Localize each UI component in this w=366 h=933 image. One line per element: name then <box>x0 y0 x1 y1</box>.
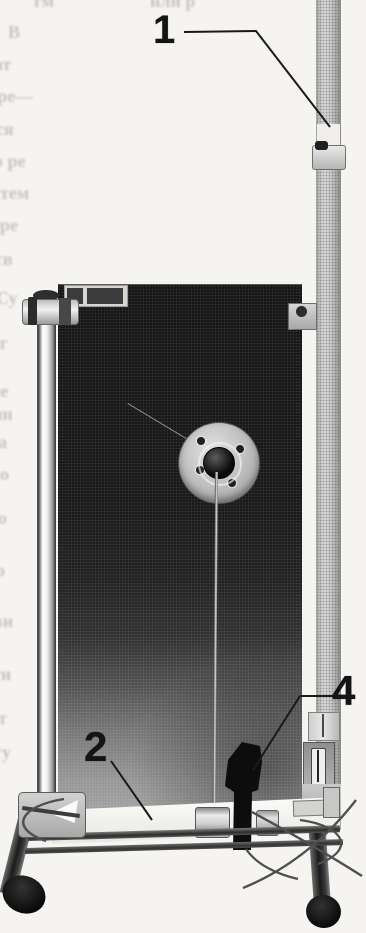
left-support-rod <box>37 294 56 835</box>
ghost-text-fragment: ло <box>0 464 9 485</box>
clamp-band <box>59 298 71 325</box>
ghost-text-fragment: В <box>8 22 20 43</box>
bracket-pin <box>317 750 319 782</box>
callout-2-label: 2 <box>84 726 107 768</box>
ghost-text-fragment: ави <box>0 611 13 632</box>
callout-4-label: 4 <box>332 670 355 712</box>
ghost-text-fragment: дре— <box>0 86 33 107</box>
scanned-page: гмнли рВватдре—всяо рестемобреасвСуягмеи… <box>0 0 366 933</box>
pole-lower-coupling <box>308 712 340 741</box>
ghost-text-fragment: яг <box>0 333 8 354</box>
ghost-text-fragment: о ре <box>0 151 26 172</box>
base-fitting-right <box>323 787 340 818</box>
ghost-text-fragment: ма <box>0 432 7 453</box>
ghost-text-fragment: стем <box>0 183 29 204</box>
coupling-slot <box>322 714 324 737</box>
ghost-text-fragment: Су <box>0 288 18 309</box>
ghost-text-fragment: ме <box>0 381 8 402</box>
clamp-band <box>28 297 37 325</box>
ghost-text-fragment: со <box>0 560 5 581</box>
callout-1-label: 1 <box>153 10 175 50</box>
ghost-text-fragment: вся <box>0 119 14 140</box>
ghost-text-fragment: ват <box>0 54 11 75</box>
ghost-text-fragment: ин <box>0 404 13 425</box>
ghost-text-fragment: асв <box>0 249 13 270</box>
ghost-text-fragment: обре <box>0 215 18 236</box>
ghost-text-fragment: гу <box>0 742 11 763</box>
disk-hub <box>203 447 235 479</box>
ghost-text-fragment: гм <box>34 0 54 12</box>
ghost-text-fragment: о <box>0 508 7 529</box>
sticker-mark <box>87 288 123 304</box>
ghost-text-fragment: т <box>0 708 7 729</box>
clamp-knob <box>296 306 307 317</box>
ghost-text-fragment: ти <box>0 664 11 685</box>
pole-clamp-knob <box>315 141 328 150</box>
disk-bolt-hole <box>197 437 205 445</box>
